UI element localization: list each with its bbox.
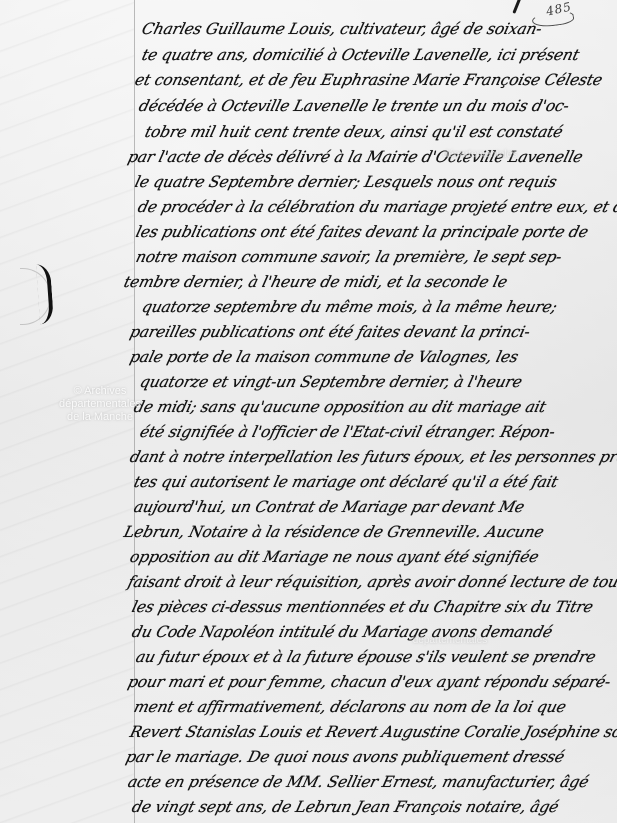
handwritten-line: par le mariage. De quoi nous avons publi… (124, 748, 566, 766)
handwritten-line: te quatre ans, domicilié à Octeville Lav… (140, 46, 581, 64)
handwritten-line: été signifiée à l'officier de l'Etat-civ… (138, 423, 557, 441)
handwritten-line: les pièces ci-dessus mentionnées et du C… (130, 598, 595, 616)
handwritten-line: faisant droit à leur réquisition, après … (126, 573, 617, 591)
archives-watermark: © Archives départementales de la Manche (30, 385, 170, 424)
watermark-line-1: © Archives (30, 385, 170, 398)
handwritten-line: Charles Guillaume Louis, cultivateur, âg… (140, 20, 544, 38)
handwritten-line: aujourd'hui, un Contrat de Mariage par d… (132, 498, 526, 516)
handwritten-line: pour mari et pour femme, chacun d'eux ay… (126, 673, 612, 691)
handwritten-line: quatorze et vingt-un Septembre dernier, … (138, 373, 524, 391)
archives-watermark-faint: départementales (395, 634, 505, 647)
handwritten-line: pareilles publications ont été faites de… (128, 323, 532, 341)
archives-watermark-faint-top: départementales (425, 148, 535, 161)
handwritten-line: Revert Stanislas Louis et Revert Augusti… (128, 723, 617, 741)
handwritten-line: et consentant, et de feu Euphrasine Mari… (133, 71, 604, 89)
handwritten-line: au futur époux et à la future épouse s'i… (134, 648, 598, 666)
watermark-line-3: de la Manche (30, 411, 170, 424)
handwritten-line: le quatre Septembre dernier; Lesquels no… (133, 173, 559, 191)
handwritten-line: Lebrun, Notaire à la résidence de Grenne… (122, 523, 546, 541)
handwritten-line: ment et affirmativement, déclarons au no… (132, 698, 568, 716)
handwritten-line: quatorze septembre du même mois, à la mê… (140, 298, 559, 316)
handwritten-line: acte en présence de MM. Sellier Ernest, … (126, 773, 591, 791)
handwritten-line: notre maison commune savoir, la première… (134, 248, 564, 266)
handwritten-line: pale porte de la maison commune de Valog… (128, 348, 520, 366)
handwritten-line: de vingt sept ans, de Lebrun Jean Franço… (130, 798, 561, 816)
handwritten-line: de midi; sans qu'aucune opposition au di… (132, 398, 548, 416)
handwritten-line: opposition au dit Mariage ne nous ayant … (128, 548, 541, 566)
scanned-document-page: 485 Charles Guillaume Louis, cultivateur… (0, 0, 617, 823)
handwritten-line: décédée à Octeville Lavenelle le trente … (137, 97, 571, 115)
watermark-line-2: départementales (395, 634, 505, 647)
handwritten-line: les publications ont été faites devant l… (134, 223, 590, 241)
handwritten-line: dant à notre interpellation les futurs é… (128, 448, 617, 466)
handwritten-line: tobre mil huit cent trente deux, ainsi q… (143, 123, 565, 141)
watermark-line-2: départementales (425, 148, 535, 161)
handwritten-line: tes qui autorisent le mariage ont déclar… (132, 473, 560, 491)
handwritten-line: de procéder à la célébration du mariage … (136, 198, 617, 216)
handwritten-line: tembre dernier, à l'heure de midi, et la… (122, 273, 509, 291)
watermark-line-2: départementales (30, 398, 170, 411)
